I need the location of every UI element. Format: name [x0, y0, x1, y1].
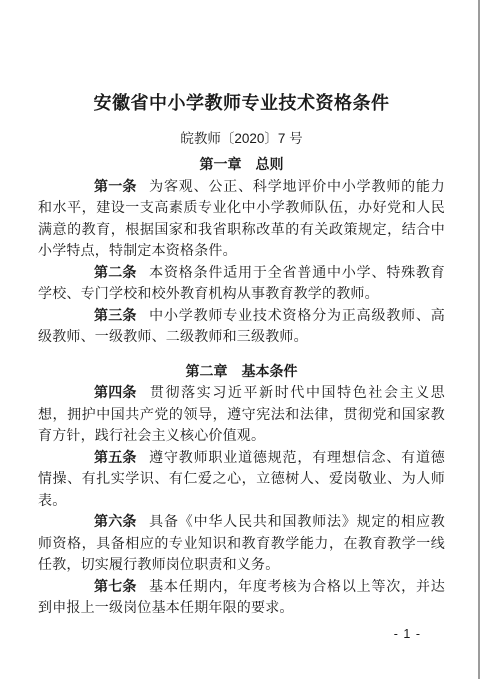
chapter-1-heading: 第一章 总则	[38, 154, 445, 176]
document-title: 安徽省中小学教师专业技术资格条件	[38, 90, 445, 117]
article-2-number: 第二条	[66, 262, 137, 284]
article-5-number: 第五条	[66, 447, 137, 469]
article-1-number: 第一条	[66, 176, 137, 198]
article-4-number: 第四条	[66, 382, 137, 404]
article-7-number: 第七条	[66, 576, 137, 598]
page-number: - 1 -	[394, 627, 421, 641]
article-4: 第四条贯彻落实习近平新时代中国特色社会主义思想，拥护中国共产党的领导，遵守宪法和…	[38, 382, 445, 447]
page-right-edge-line	[478, 0, 480, 679]
document-number: 皖教师〔2020〕7 号	[38, 129, 445, 149]
chapter-2-heading: 第二章 基本条件	[38, 361, 445, 383]
article-6: 第六条具备《中华人民共和国教师法》规定的相应教师资格，具备相应的专业知识和教育教…	[38, 511, 445, 576]
article-1: 第一条为客观、公正、科学地评价中小学教师的能力和水平，建设一支高素质专业化中小学…	[38, 176, 445, 262]
article-3: 第三条中小学教师专业技术资格分为正高级教师、高级教师、一级教师、二级教师和三级教…	[38, 305, 445, 348]
article-3-number: 第三条	[66, 305, 137, 327]
article-7: 第七条基本任期内，年度考核为合格以上等次，并达到申报上一级岗位基本任期年限的要求…	[38, 576, 445, 619]
article-2: 第二条本资格条件适用于全省普通中小学、特殊教育学校、专门学校和校外教育机构从事教…	[38, 262, 445, 305]
article-6-number: 第六条	[66, 511, 137, 533]
document-page: 安徽省中小学教师专业技术资格条件 皖教师〔2020〕7 号 第一章 总则 第一条…	[0, 0, 483, 679]
document-content: 安徽省中小学教师专业技术资格条件 皖教师〔2020〕7 号 第一章 总则 第一条…	[38, 0, 445, 619]
article-5: 第五条遵守教师职业道德规范，有理想信念、有道德情操、有扎实学识、有仁爱之心，立德…	[38, 447, 445, 512]
